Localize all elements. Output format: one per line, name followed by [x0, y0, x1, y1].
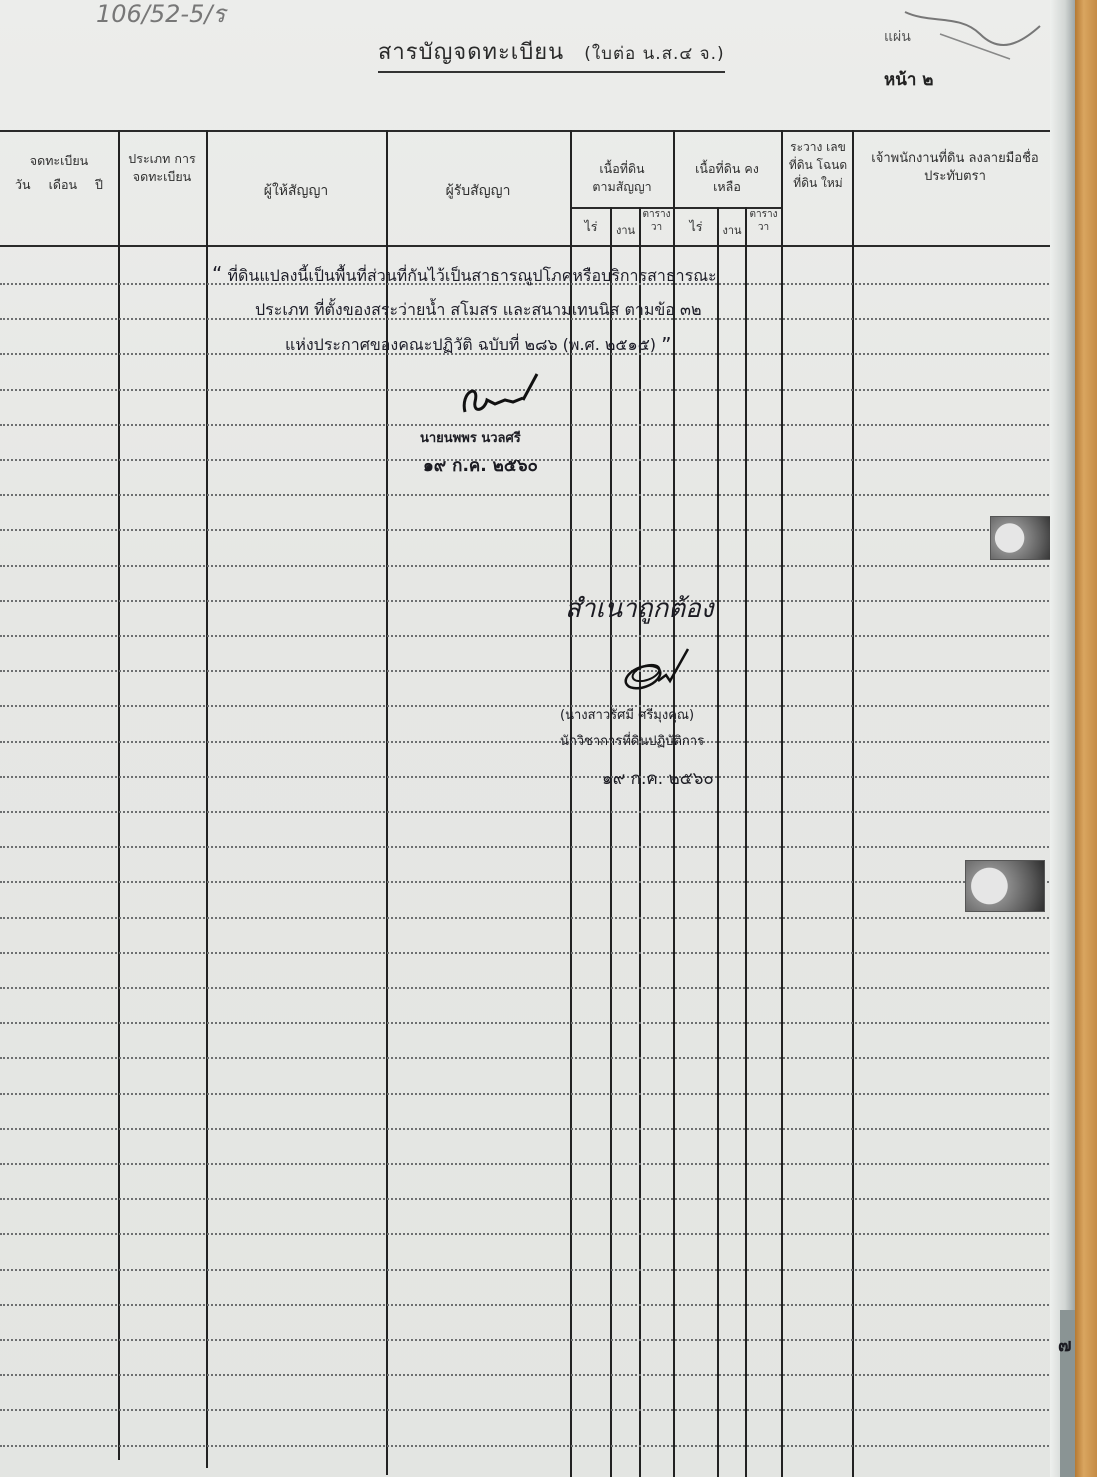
entry-line-3: แห่งประกาศของคณะปฏิวัติ ฉบับที่ ๒๘๖ (พ.ศ… [285, 333, 672, 358]
ruled-row-line [0, 1093, 1052, 1095]
file-reference-note: 106/52-5/ร [96, 0, 225, 33]
entry-line-3-text: แห่งประกาศของคณะปฏิวัติ ฉบับที่ ๒๘๖ (พ.ศ… [285, 335, 656, 354]
header-date-sublabels: วัน เดือน ปี [0, 170, 118, 194]
header-land-officer: เจ้าพนักงานที่ดิน ลงลายมือชื่อ ประทับตรา [860, 150, 1050, 186]
col-divider [639, 207, 641, 1477]
header-sq-wa: ตารางวา [640, 208, 673, 234]
ruled-row-line [0, 494, 1052, 496]
ruled-row-line [0, 600, 1052, 602]
entry-line-1: “ ที่ดินแปลงนี้เป็นพื้นที่ส่วนที่กันไว้เ… [212, 262, 717, 289]
header-month: เดือน [49, 176, 77, 194]
certified-true-copy-label: สำเนาถูกต้อง [565, 588, 713, 629]
officer-name: นายนพพร นวลศรี [420, 427, 521, 448]
ruled-row-line [0, 1163, 1052, 1165]
binder-punch-mark [965, 860, 1045, 912]
ruled-row-line [0, 1233, 1052, 1235]
close-quote: ” [661, 333, 671, 357]
col-divider [206, 130, 208, 1468]
ruled-row-line [0, 1022, 1052, 1024]
title-main: สารบัญจดทะเบียน [378, 40, 564, 65]
certifier-signature [618, 645, 698, 700]
ruled-row-line [0, 670, 1052, 672]
ruled-row-line [0, 1304, 1052, 1306]
officer-signature [455, 372, 545, 422]
col-divider [852, 130, 854, 1477]
entry-line-1-text: ที่ดินแปลงนี้เป็นพื้นที่ส่วนที่กันไว้เป็… [227, 266, 716, 285]
ruled-row-line [0, 846, 1052, 848]
ruled-row-line [0, 1339, 1052, 1341]
table-top-border [0, 130, 1055, 132]
binder-punch-mark [990, 516, 1054, 560]
header-rai: ไร่ [675, 218, 717, 236]
ruled-row-line [0, 1269, 1052, 1271]
header-registration-date: จดทะเบียน วัน เดือน ปี [0, 152, 118, 194]
ruled-row-line [0, 424, 1052, 426]
header-registration-label: จดทะเบียน [0, 152, 118, 170]
ruled-row-line [0, 917, 1052, 919]
ruled-row-line [0, 1198, 1052, 1200]
ruled-row-line [0, 741, 1052, 743]
header-year: ปี [95, 176, 103, 194]
ruled-row-line [0, 635, 1052, 637]
header-registration-type: ประเภท การ จดทะเบียน [124, 150, 200, 186]
ruled-row-line [0, 1128, 1052, 1130]
certifier-name: (นางสาวรัศมี ศรีมุงคุณ) [560, 704, 694, 725]
ruled-row-line [0, 1057, 1052, 1059]
col-divider [781, 130, 783, 1477]
header-ngan: งาน [612, 222, 639, 240]
col-divider [610, 207, 612, 1477]
header-grantor: ผู้ให้สัญญา [206, 182, 386, 200]
title-suffix: (ใบต่อ น.ส.๔ จ.) [584, 44, 724, 64]
officer-date: ๑๙ ก.ค. ๒๕๖๐ [423, 452, 538, 479]
certifier-position: นักวิชาการที่ดินปฏิบัติการ [560, 730, 704, 751]
corner-scribble [900, 4, 1050, 68]
page-number: หน้า ๒ [884, 66, 934, 93]
page-edge [1050, 0, 1075, 1477]
col-divider [673, 130, 675, 1477]
col-divider [118, 130, 120, 1460]
ruled-row-line [0, 811, 1052, 813]
ruled-row-line [0, 776, 1052, 778]
ruled-row-line [0, 529, 1052, 531]
header-ngan: งาน [719, 222, 745, 240]
col-divider [386, 130, 388, 1475]
entry-line-2: ประเภท ที่ตั้งของสระว่ายน้ำ สโมสร และสนา… [255, 298, 701, 323]
ruled-row-line [0, 705, 1052, 707]
ruled-row-line [0, 881, 1052, 883]
col-divider [745, 207, 747, 1477]
ruled-row-line [0, 1445, 1052, 1447]
ruled-row-line [0, 1409, 1052, 1411]
ruled-row-line [0, 952, 1052, 954]
open-quote: “ [212, 262, 222, 286]
col-divider [717, 207, 719, 1477]
header-new-deed-info: ระวาง เลขที่ดิน โฉนดที่ดิน ใหม่ [785, 138, 851, 192]
document-title: สารบัญจดทะเบียน (ใบต่อ น.ส.๔ จ.) [378, 34, 725, 73]
ruled-row-line [0, 1374, 1052, 1376]
header-grantee: ผู้รับสัญญา [386, 182, 570, 200]
header-area-by-contract: เนื้อที่ดิน ตามสัญญา [590, 160, 654, 196]
table-header-bottom-border [0, 245, 1055, 247]
header-area-remaining: เนื้อที่ดิน คงเหลือ [690, 160, 764, 196]
header-day: วัน [15, 176, 31, 194]
margin-mark: ๗ [1058, 1330, 1072, 1359]
header-sq-wa: ตารางวา [746, 208, 781, 234]
document-page: 106/52-5/ร สารบัญจดทะเบียน (ใบต่อ น.ส.๔ … [0, 0, 1075, 1477]
certification-date: ๑๙ ก.ค. ๒๕๖๐ [602, 765, 714, 792]
ruled-row-line [0, 565, 1052, 567]
ruled-row-line [0, 987, 1052, 989]
header-rai: ไร่ [572, 218, 610, 236]
wooden-table-background [1075, 0, 1097, 1477]
